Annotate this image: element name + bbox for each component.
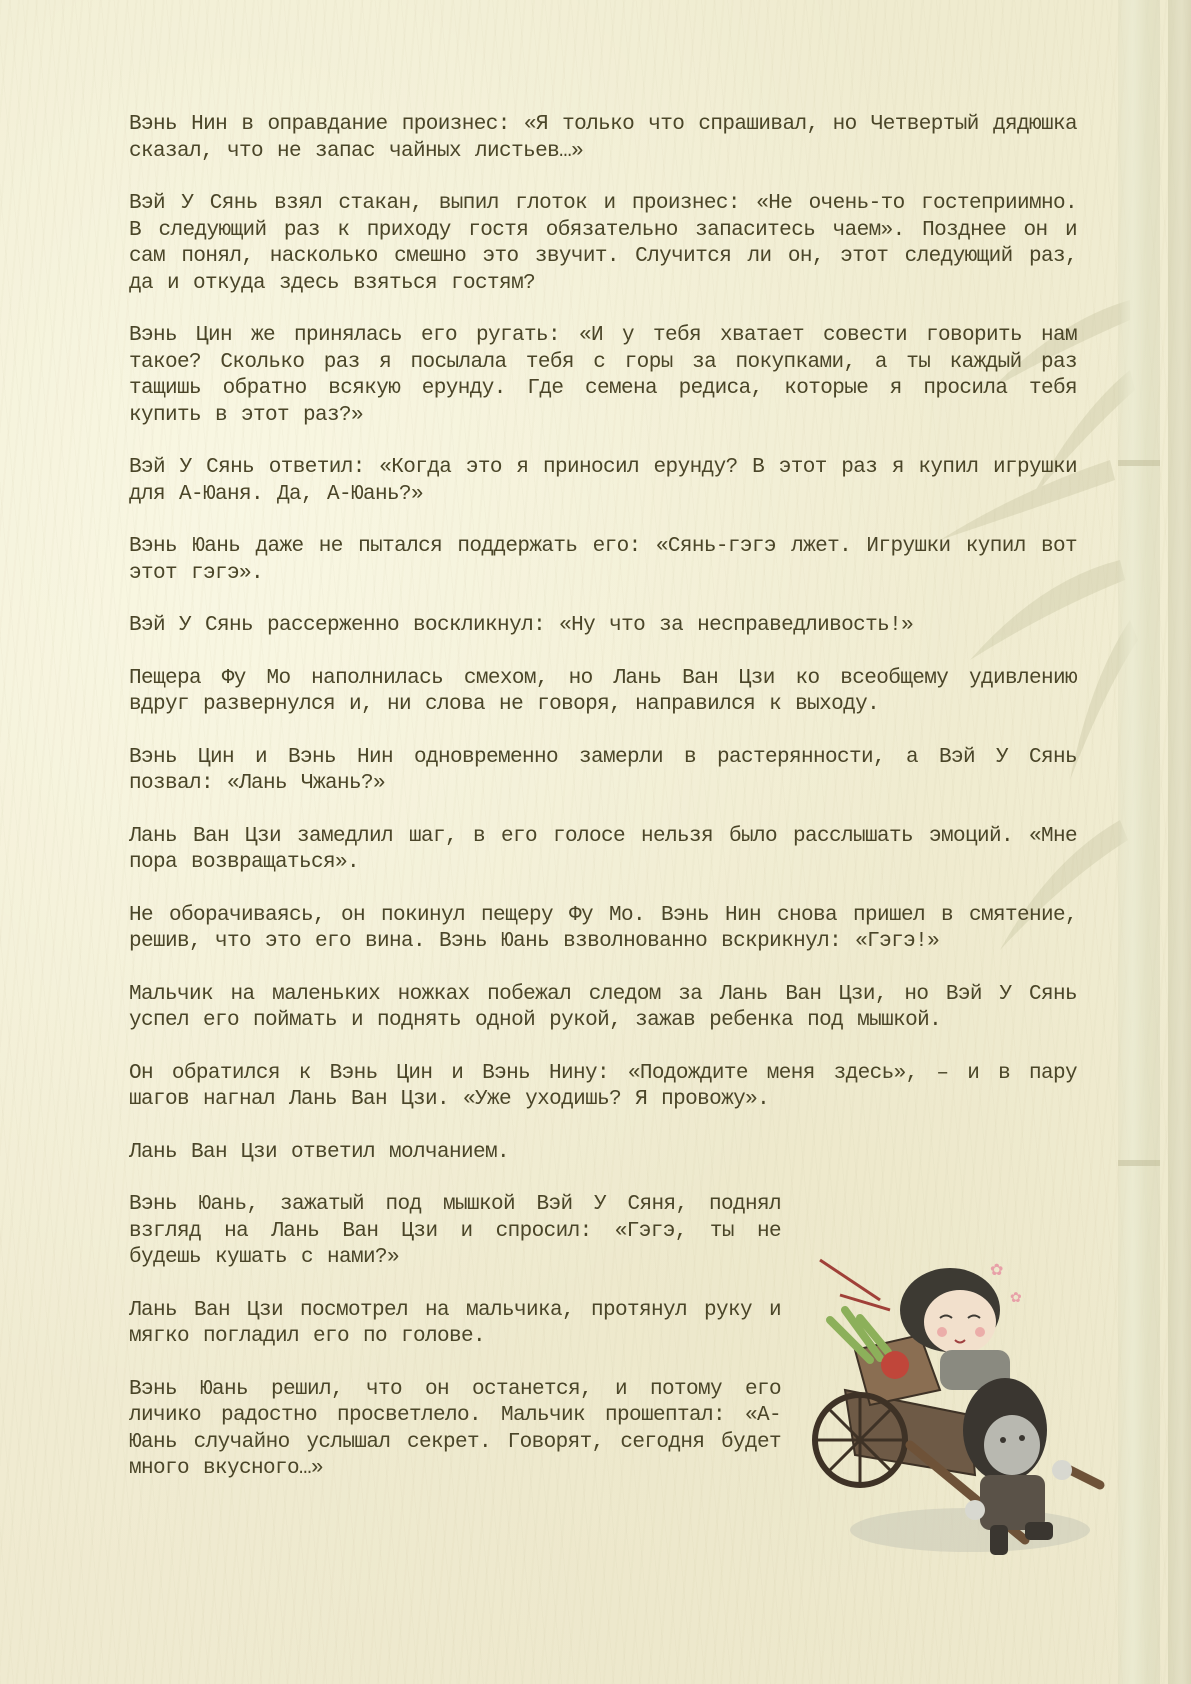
svg-text:✿: ✿ (990, 1262, 1003, 1279)
paragraph: Вэнь Цин же принялась его ругать: «И у т… (129, 323, 1077, 429)
paragraph: Лань Ван Цзи посмотрел на мальчика, прот… (129, 1298, 781, 1351)
paragraph: Лань Ван Цзи замедлил шаг, в его голосе … (129, 824, 1077, 877)
bamboo-stalk-decoration (1118, 0, 1160, 1684)
paragraph: Вэнь Юань решил, что он останется, и пот… (129, 1377, 781, 1483)
paragraph: Пещера Фу Мо наполнилась смехом, но Лань… (129, 666, 1077, 719)
paragraph: Лань Ван Цзи ответил молчанием. (129, 1140, 1077, 1167)
paragraph: Вэй У Сянь взял стакан, выпил глоток и п… (129, 191, 1077, 297)
svg-text:✿: ✿ (1010, 1291, 1022, 1306)
paragraph: Вэнь Юань, зажатый под мышкой Вэй У Сяня… (129, 1192, 781, 1272)
paragraph: Вэй У Сянь рассерженно воскликнул: «Ну ч… (129, 613, 1077, 640)
paragraph: Мальчик на маленьких ножках побежал след… (129, 982, 1077, 1035)
paragraph: Он обратился к Вэнь Цин и Вэнь Нину: «По… (129, 1061, 1077, 1114)
paragraph: Вэнь Цин и Вэнь Нин одновременно замерли… (129, 745, 1077, 798)
paragraph: Вэнь Нин в оправдание произнес: «Я тольк… (129, 112, 1077, 165)
bamboo-stalk-edge-decoration (1168, 0, 1191, 1684)
paragraph: Вэнь Юань даже не пытался поддержать его… (129, 534, 1077, 587)
cart-illustration-icon: ✿ ✿ (800, 1240, 1110, 1570)
paragraph: Вэй У Сянь ответил: «Когда это я приноси… (129, 455, 1077, 508)
paragraph: Не оборачиваясь, он покинул пещеру Фу Мо… (129, 903, 1077, 956)
